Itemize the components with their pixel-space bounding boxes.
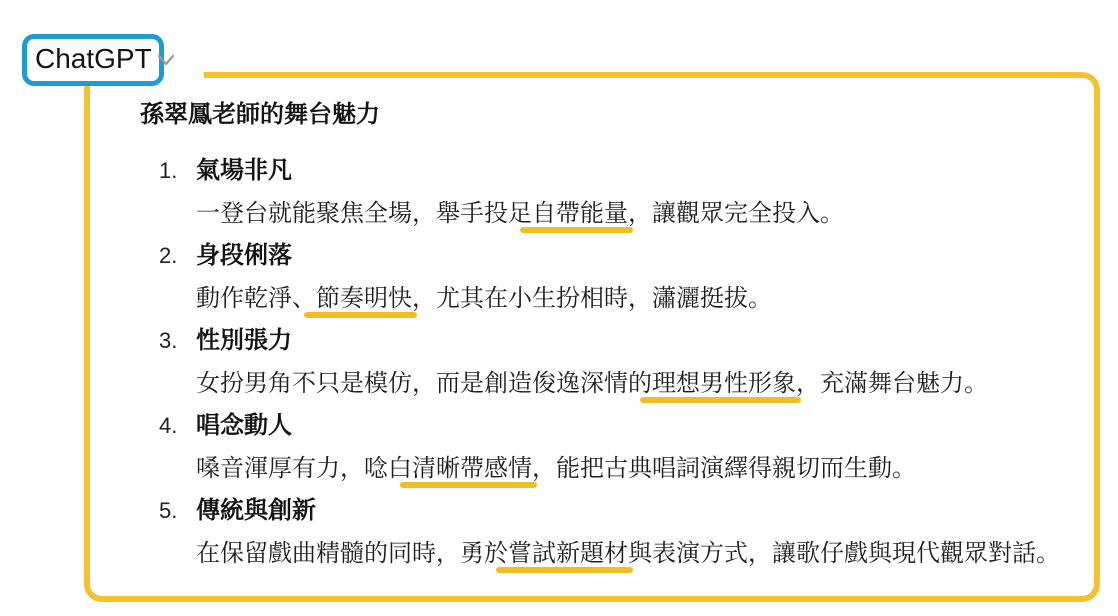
list-item: 3. 性別張力 女扮男角不只是模仿，而是創造俊逸深情的理想男性形象，充滿舞台魅力… xyxy=(140,320,1090,405)
list-item-title: 氣場非凡 xyxy=(196,150,292,192)
highlighted-phrase: 清晰帶感情 xyxy=(412,455,532,482)
list-item-title: 傳統與創新 xyxy=(196,490,316,532)
list-item-title: 身段俐落 xyxy=(196,235,292,277)
desc-text: 與表演方式，讓歌仔戲與現代觀眾對話。 xyxy=(628,540,1060,567)
chevron-down-icon[interactable] xyxy=(156,52,176,69)
list-item-number: 2. xyxy=(140,235,196,277)
list-item: 1. 氣場非凡 一登台就能聚焦全場，舉手投足自帶能量，讓觀眾完全投入。 xyxy=(140,150,1090,235)
desc-text: 動作乾淨、 xyxy=(196,285,316,312)
desc-text: ，尤其在小生扮相時，瀟灑挺拔。 xyxy=(412,285,772,312)
highlighted-phrase: 自帶能量 xyxy=(532,200,628,227)
list-item-description: 嗓音渾厚有力，唸白清晰帶感情，能把古典唱詞演繹得親切而生動。 xyxy=(140,447,1090,490)
list-item-description: 女扮男角不只是模仿，而是創造俊逸深情的理想男性形象，充滿舞台魅力。 xyxy=(140,362,1090,405)
desc-text: ，能把古典唱詞演繹得親切而生動。 xyxy=(532,455,916,482)
highlighted-phrase: 嘗試新題材 xyxy=(508,540,628,567)
model-selector[interactable]: ChatGPT xyxy=(22,34,164,86)
list-item-description: 一登台就能聚焦全場，舉手投足自帶能量，讓觀眾完全投入。 xyxy=(140,192,1090,235)
list-item-number: 5. xyxy=(140,490,196,532)
list-item-description: 在保留戲曲精髓的同時，勇於嘗試新題材與表演方式，讓歌仔戲與現代觀眾對話。 xyxy=(140,532,1090,575)
list-item: 4. 唱念動人 嗓音渾厚有力，唸白清晰帶感情，能把古典唱詞演繹得親切而生動。 xyxy=(140,405,1090,490)
assistant-message: 孫翠鳳老師的舞台魅力 1. 氣場非凡 一登台就能聚焦全場，舉手投足自帶能量，讓觀… xyxy=(140,100,1090,575)
desc-text: 女扮男角不只是模仿，而是創造俊逸深情的 xyxy=(196,370,652,397)
list-item-number: 1. xyxy=(140,150,196,192)
desc-text: 一登台就能聚焦全場，舉手投足 xyxy=(196,200,532,227)
list-item-description: 動作乾淨、節奏明快，尤其在小生扮相時，瀟灑挺拔。 xyxy=(140,277,1090,320)
desc-text: 在保留戲曲精髓的同時，勇於 xyxy=(196,540,508,567)
highlighted-phrase: 節奏明快 xyxy=(316,285,412,312)
list-item-title: 性別張力 xyxy=(196,320,292,362)
desc-text: ，充滿舞台魅力。 xyxy=(796,370,988,397)
desc-text: ，讓觀眾完全投入。 xyxy=(628,200,844,227)
list-item-number: 3. xyxy=(140,320,196,362)
list-item-title: 唱念動人 xyxy=(196,405,292,447)
model-selector-label: ChatGPT xyxy=(35,43,152,74)
message-heading: 孫翠鳳老師的舞台魅力 xyxy=(140,100,1090,130)
list-item: 2. 身段俐落 動作乾淨、節奏明快，尤其在小生扮相時，瀟灑挺拔。 xyxy=(140,235,1090,320)
list-item-number: 4. xyxy=(140,405,196,447)
list-item: 5. 傳統與創新 在保留戲曲精髓的同時，勇於嘗試新題材與表演方式，讓歌仔戲與現代… xyxy=(140,490,1090,575)
highlighted-phrase: 理想男性形象 xyxy=(652,370,796,397)
desc-text: 嗓音渾厚有力，唸白 xyxy=(196,455,412,482)
